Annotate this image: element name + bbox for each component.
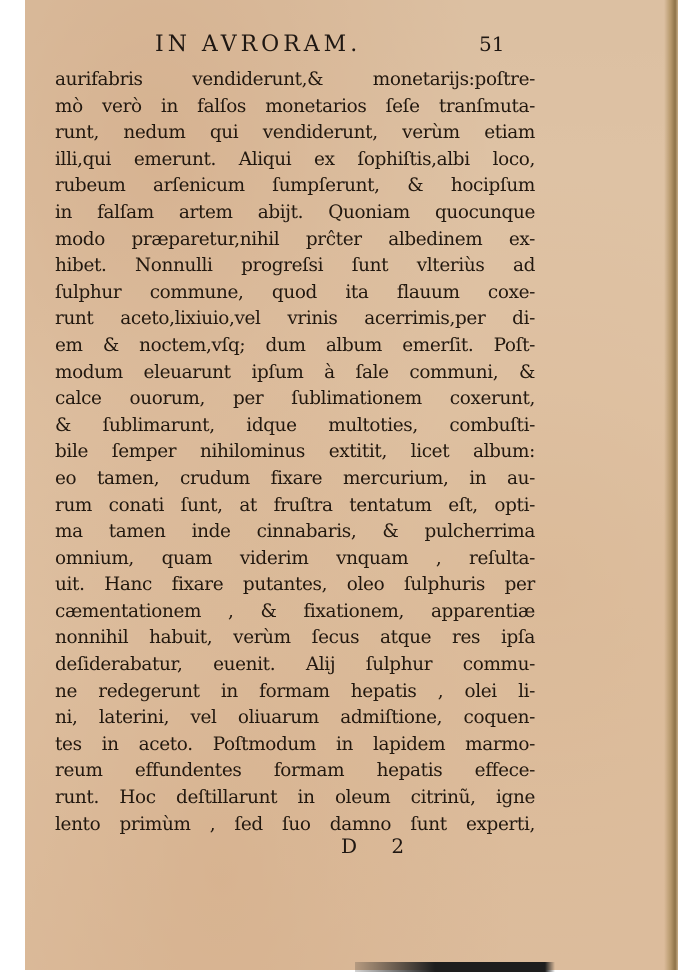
text-line: rubeum arſenicum ſumpſerunt, & hocipſum (55, 173, 535, 200)
text-line: uit. Hanc fixare putantes, oleo ſulphuri… (55, 572, 535, 599)
running-title: IN AVRORAM. (155, 32, 361, 57)
page-number: 51 (479, 32, 504, 56)
signature-mark: D 2 (341, 834, 418, 858)
text-line: hibet. Nonnulli progreſsi ſunt vlteriùs … (55, 253, 535, 280)
text-line: lento primùm , ſed ſuo damno ſunt expert… (55, 812, 535, 839)
text-line: reum effundentes formam hepatis effece- (55, 758, 535, 785)
text-line: runt. Hoc deſtillarunt in oleum citrinũ,… (55, 785, 535, 812)
text-line: illi,qui emerunt. Aliqui ex ſophiſtis,al… (55, 147, 535, 174)
text-line: calce ouorum, per ſublimationem coxerunt… (55, 386, 535, 413)
text-line: deſiderabatur, euenit. Alij ſulphur comm… (55, 652, 535, 679)
text-line: ma tamen inde cinnabaris, & pulcherrima (55, 519, 535, 546)
text-line: tes in aceto. Poſtmodum in lapidem marmo… (55, 732, 535, 759)
text-line: ne redegerunt in formam hepatis , olei l… (55, 679, 535, 706)
text-line: runt aceto,lixiuio,vel vrinis acerrimis,… (55, 306, 535, 333)
text-line: eo tamen, crudum fixare mercurium, in au… (55, 466, 535, 493)
text-line: in falſam artem abijt. Quoniam quocunque (55, 200, 535, 227)
text-line: modo præparetur,nihil prĉter albedinem e… (55, 227, 535, 254)
text-line: em & noctem,vſq; dum album emerſit. Poſt… (55, 333, 535, 360)
text-line: ſulphur commune, quod ita flauum coxe- (55, 280, 535, 307)
book-page: IN AVRORAM. 51 aurifabris vendiderunt,& … (25, 0, 678, 970)
text-line: nonnihil habuit, verùm ſecus atque res i… (55, 625, 535, 652)
text-line: runt, nedum qui vendiderunt, verùm etiam (55, 120, 535, 147)
body-text: aurifabris vendiderunt,& monetarijs:poſt… (55, 67, 535, 838)
text-line: bile ſemper nihilominus extitit, licet a… (55, 439, 535, 466)
text-line: ni, laterini, vel oliuarum admiſtione, c… (55, 705, 535, 732)
page-gutter-edge (664, 0, 678, 970)
text-line: & ſublimarunt, idque multoties, combuſti… (55, 413, 535, 440)
text-line: cæmentationem , & fixationem, apparentiæ (55, 599, 535, 626)
text-line: omnium, quam viderim vnquam , reſulta- (55, 546, 535, 573)
text-line: aurifabris vendiderunt,& monetarijs:poſt… (55, 67, 535, 94)
text-line: modum eleuarunt ipſum à ſale communi, & (55, 360, 535, 387)
scan-shadow (355, 962, 555, 972)
text-line: mò verò in falſos monetarios ſeſe tranſm… (55, 94, 535, 121)
text-line: rum conati ſunt, at fruſtra tentatum eſt… (55, 493, 535, 520)
